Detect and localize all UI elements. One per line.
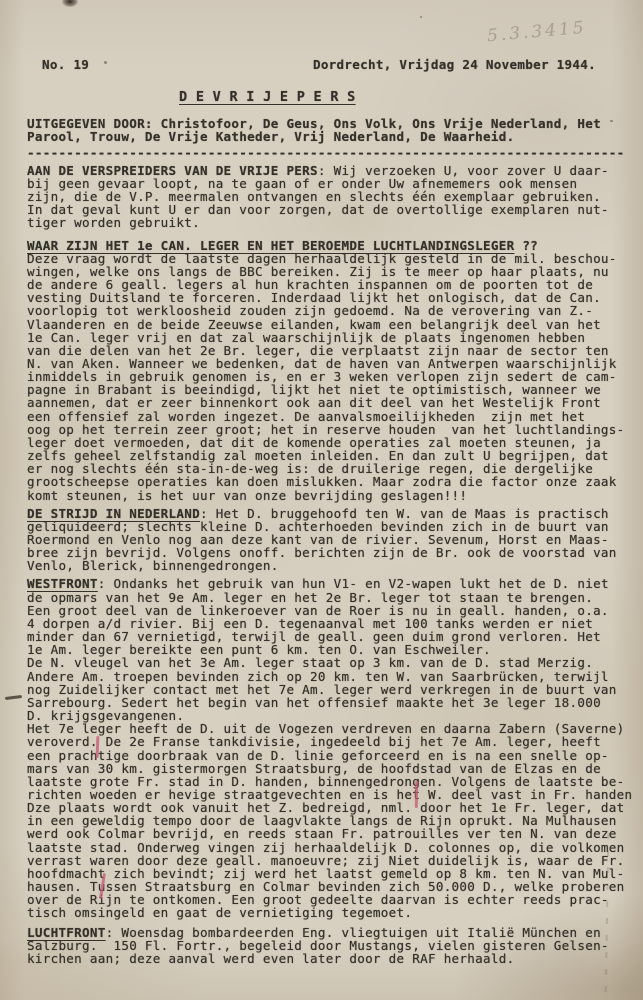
section-body: : Woensdag bombardeerden Eng. vliegtuige… [27,925,609,966]
section-westfront: WESTFRONT: Ondanks het gebruik van hun V… [27,577,643,919]
section-body: Deze vraag wordt de laatste dagen herhaa… [27,252,643,502]
section-can-leger: WAAR ZIJN HET 1e CAN. LEGER EN HET BEROE… [27,239,643,502]
section-strijd-in-nederland: DE STRIJD IN NEDERLAND: Het D. bruggehoo… [27,507,643,573]
section-heading-row: WAAR ZIJN HET 1e CAN. LEGER EN HET BEROE… [27,239,643,252]
masthead-title: D E V R I J E P E R S [179,91,356,104]
red-pencil-mark [415,781,418,808]
section-distributors-notice: AAN DE VERSPREIDERS VAN DE VRIJE PERS: W… [27,164,643,230]
section-body: : Ondanks het gebruik van hun V1- en V2-… [27,576,632,920]
issue-number: No. 19 [42,58,89,71]
dashed-separator: ----------------------------------------… [27,146,643,159]
page-header: No. 19 Dordrecht, Vrijdag 24 November 19… [27,58,643,71]
publisher-line: UITGEGEVEN DOOR: Christofoor, De Geus, O… [27,117,643,143]
section-luchtfront: LUCHTFRONT: Woensdag bombardeerden Eng. … [27,926,643,965]
dateline: Dordrecht, Vrijdag 24 November 1944. [313,58,596,71]
newspaper-page: No. 19 Dordrecht, Vrijdag 24 November 19… [0,0,643,965]
masthead-row: D E V R I J E P E R S [27,71,643,104]
scanned-newspaper-page: { "colors": { "paper": "#d7d0c1", "ink":… [0,0,643,1000]
